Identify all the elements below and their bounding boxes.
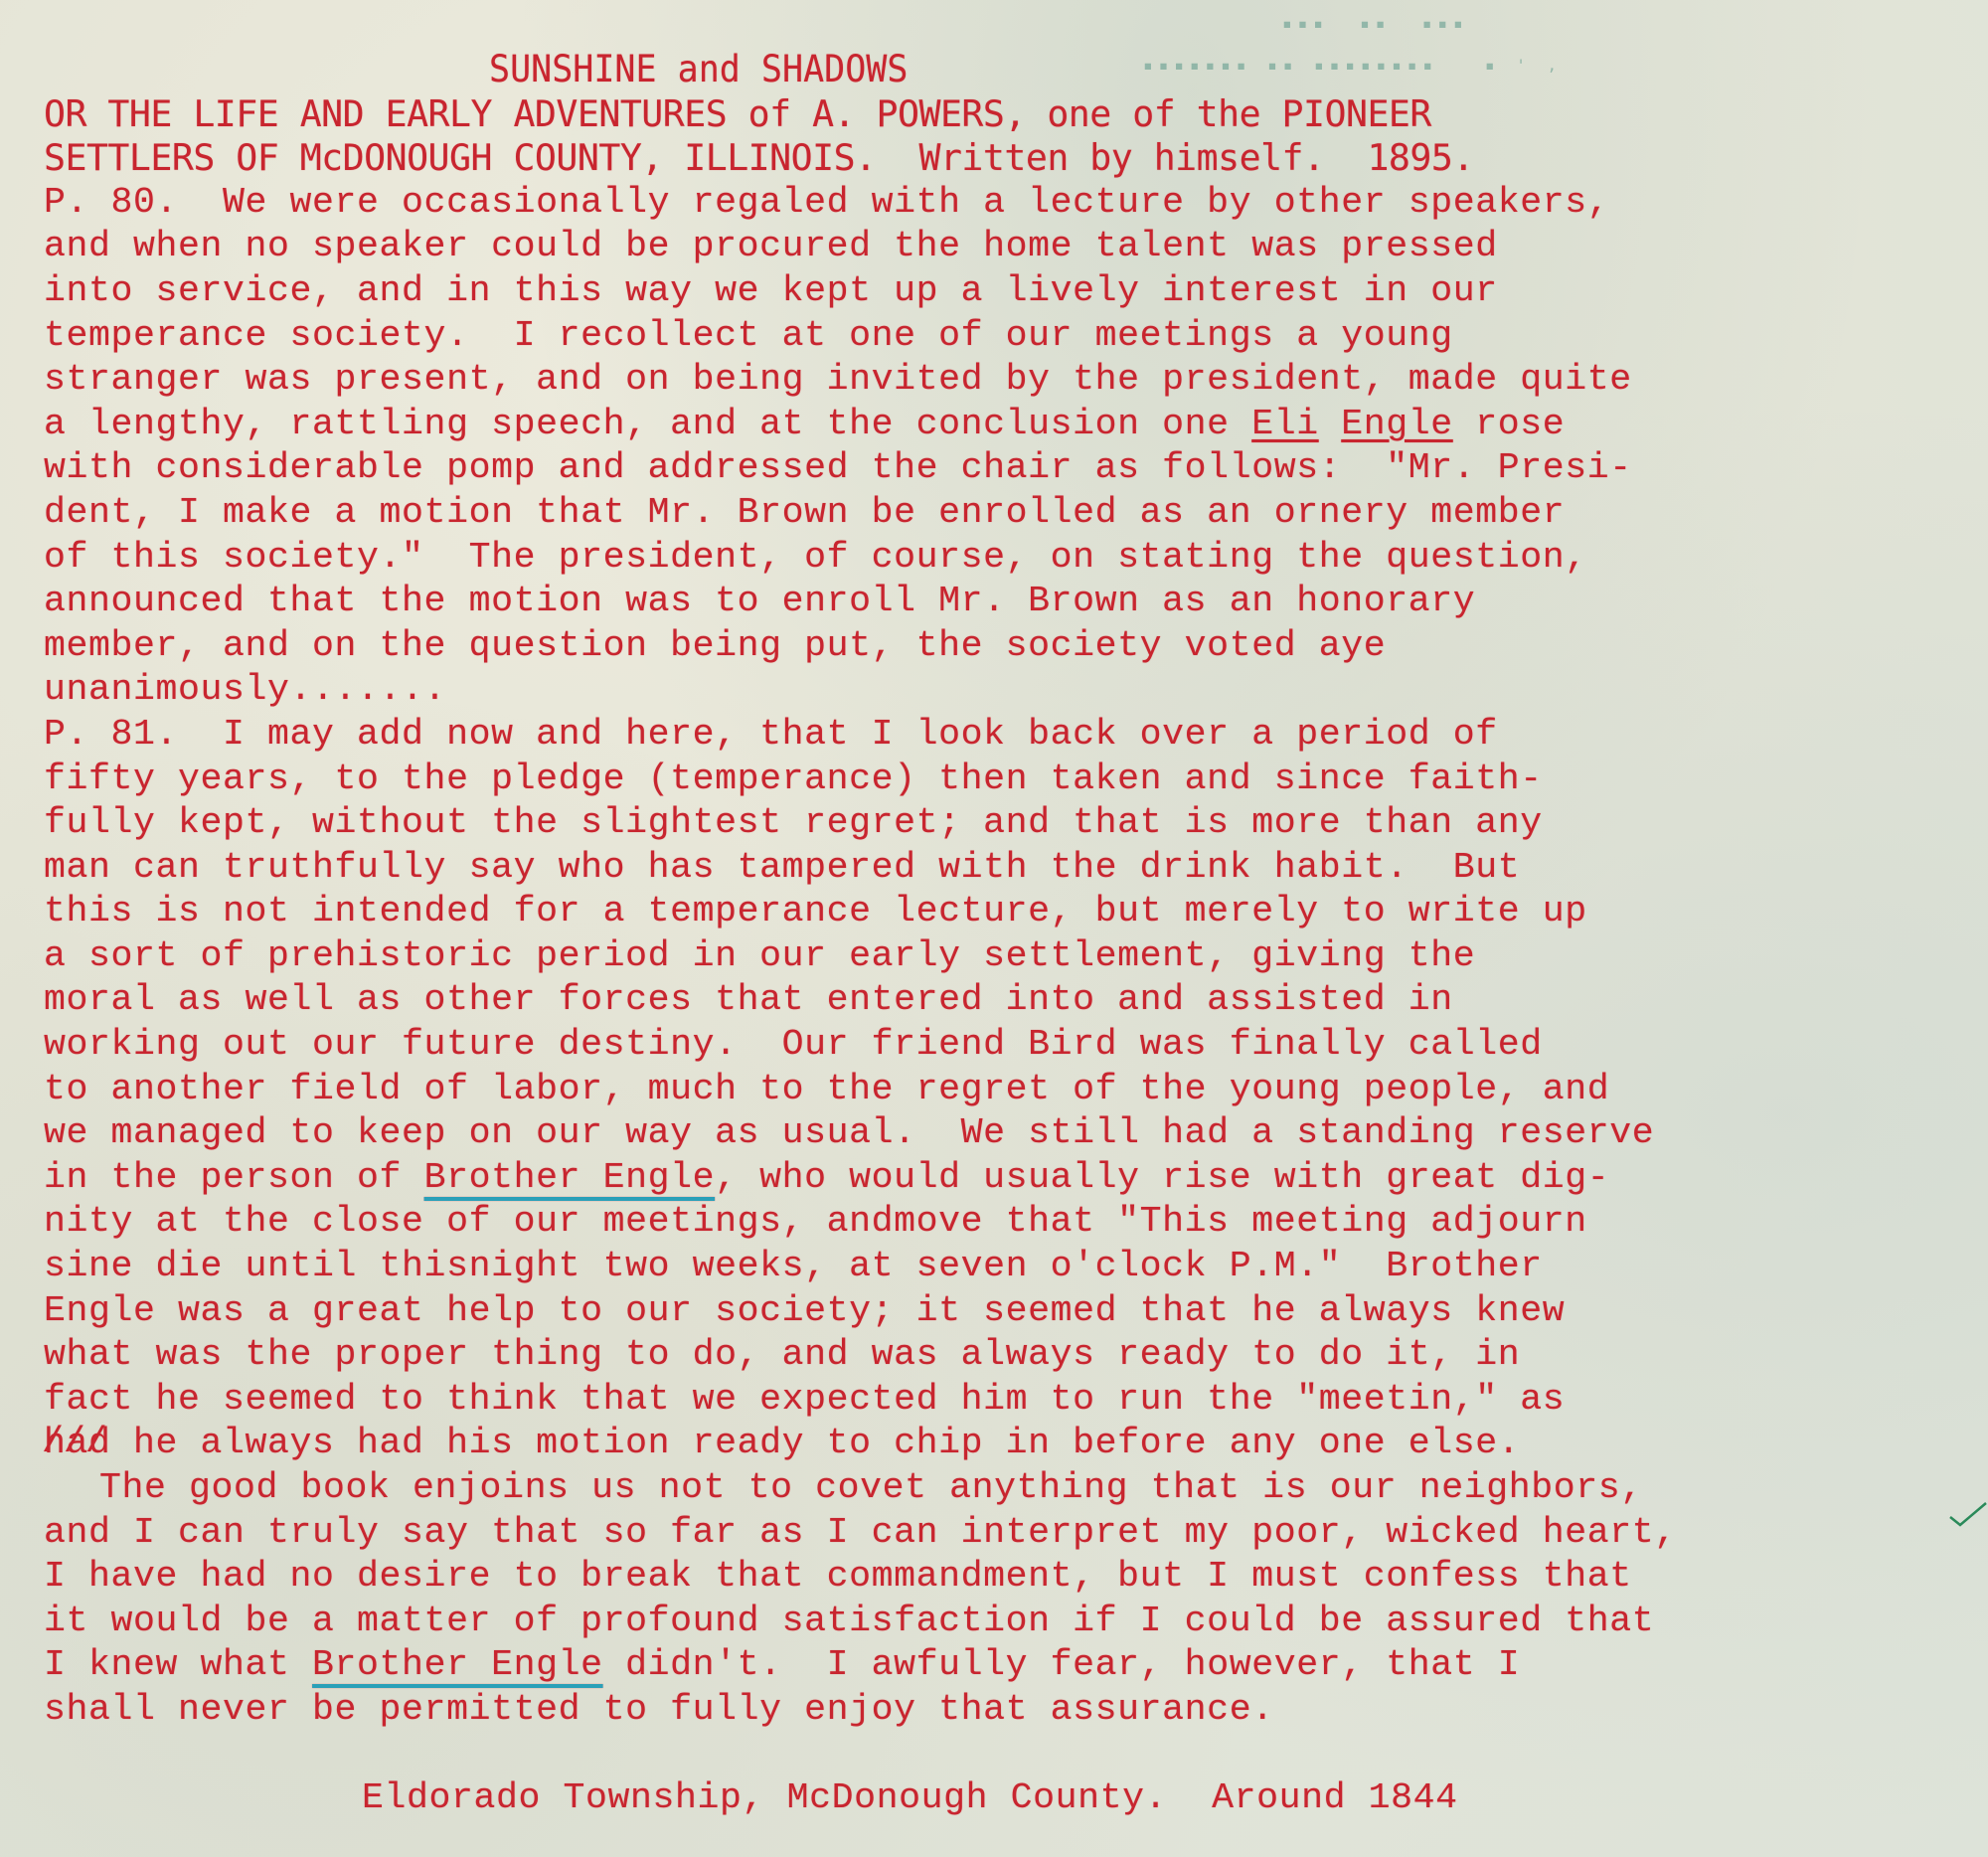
text-line: with considerable pomp and addressed the… <box>44 446 1972 491</box>
text-line: fact he seemed to think that we expected… <box>44 1378 1972 1423</box>
text-segment: in the person of <box>44 1157 424 1198</box>
text-line-brother-engle: I knew what Brother Engle didn't. I awfu… <box>44 1643 1972 1688</box>
subtitle-line-1: OR THE LIFE AND EARLY ADVENTURES of A. P… <box>44 92 1972 137</box>
text-line: fully kept, without the slightest regret… <box>44 801 1972 846</box>
text-line: unanimously....... <box>44 668 1972 713</box>
text-line: working out our future destiny. Our frie… <box>44 1023 1972 1068</box>
text-line: a sort of prehistoric period in our earl… <box>44 934 1972 979</box>
text-segment: rose <box>1453 404 1566 444</box>
struck-out-word: had <box>44 1423 111 1463</box>
text-line: I have had no desire to break that comma… <box>44 1555 1972 1600</box>
text-segment: he always had his motion ready to chip i… <box>111 1423 1521 1463</box>
underlined-name-engle: Engle <box>1341 404 1453 444</box>
text-line: what was the proper thing to do, and was… <box>44 1333 1972 1378</box>
text-line: moral as well as other forces that enter… <box>44 978 1972 1023</box>
text-line-brother-engle: in the person of Brother Engle, who woul… <box>44 1156 1972 1201</box>
text-line: announced that the motion was to enroll … <box>44 580 1972 624</box>
text-line: P. 80. We were occasionally regaled with… <box>44 181 1972 226</box>
text-line: sine die until thisnight two weeks, at s… <box>44 1245 1972 1289</box>
text-line: member, and on the question being put, t… <box>44 624 1972 669</box>
text-line: dent, I make a motion that Mr. Brown be … <box>44 491 1972 536</box>
text-segment: , who would usually rise with great dig- <box>715 1157 1609 1198</box>
text-line: into service, and in this way we kept up… <box>44 269 1972 314</box>
pencil-underlined-name: Brother Engle <box>424 1157 716 1198</box>
text-line: temperance society. I recollect at one o… <box>44 314 1972 359</box>
text-line: P. 81. I may add now and here, that I lo… <box>44 713 1972 758</box>
text-line: shall never be permitted to fully enjoy … <box>44 1688 1972 1733</box>
bleed-through-text: ▪▪▪ ▪▪ ▪▪▪ <box>1282 14 1469 33</box>
text-line: and when no speaker could be procured th… <box>44 225 1972 269</box>
text-line: of this society." The president, of cour… <box>44 536 1972 581</box>
pencil-underlined-name: Brother Engle <box>312 1644 603 1685</box>
text-line: Engle was a great help to our society; i… <box>44 1289 1972 1334</box>
checkmark-icon <box>1948 1499 1988 1529</box>
text-line: nity at the close of our meetings, andmo… <box>44 1200 1972 1245</box>
paragraph-start-line: The good book enjoins us not to covet an… <box>44 1466 1972 1511</box>
typed-document: SUNSHINE and SHADOWS OR THE LIFE AND EAR… <box>44 48 1972 1820</box>
text-line: stranger was present, and on being invit… <box>44 358 1972 403</box>
document-title: SUNSHINE and SHADOWS <box>489 46 1972 93</box>
text-segment: a lengthy, rattling speech, and at the c… <box>44 404 1251 444</box>
text-line: fifty years, to the pledge (temperance) … <box>44 758 1972 802</box>
text-line: and I can truly say that so far as I can… <box>44 1511 1972 1556</box>
text-line: to another field of labor, much to the r… <box>44 1068 1972 1112</box>
subtitle-line-2: SETTLERS OF McDONOUGH COUNTY, ILLINOIS. … <box>44 136 1972 181</box>
underlined-name-eli: Eli <box>1251 404 1319 444</box>
text-line: we managed to keep on our way as usual. … <box>44 1111 1972 1156</box>
text-segment: didn't. I awfully fear, however, that I <box>603 1644 1521 1685</box>
text-segment <box>1319 404 1342 444</box>
text-segment: I knew what <box>44 1644 312 1685</box>
document-footer: Eldorado Township, McDonough County. Aro… <box>362 1776 1972 1821</box>
text-line: man can truthfully say who has tampered … <box>44 846 1972 891</box>
text-line-struck: had he always had his motion ready to ch… <box>44 1422 1972 1466</box>
text-line: it would be a matter of profound satisfa… <box>44 1600 1972 1644</box>
text-line-eli-engle: a lengthy, rattling speech, and at the c… <box>44 403 1972 447</box>
text-line: this is not intended for a temperance le… <box>44 890 1972 934</box>
